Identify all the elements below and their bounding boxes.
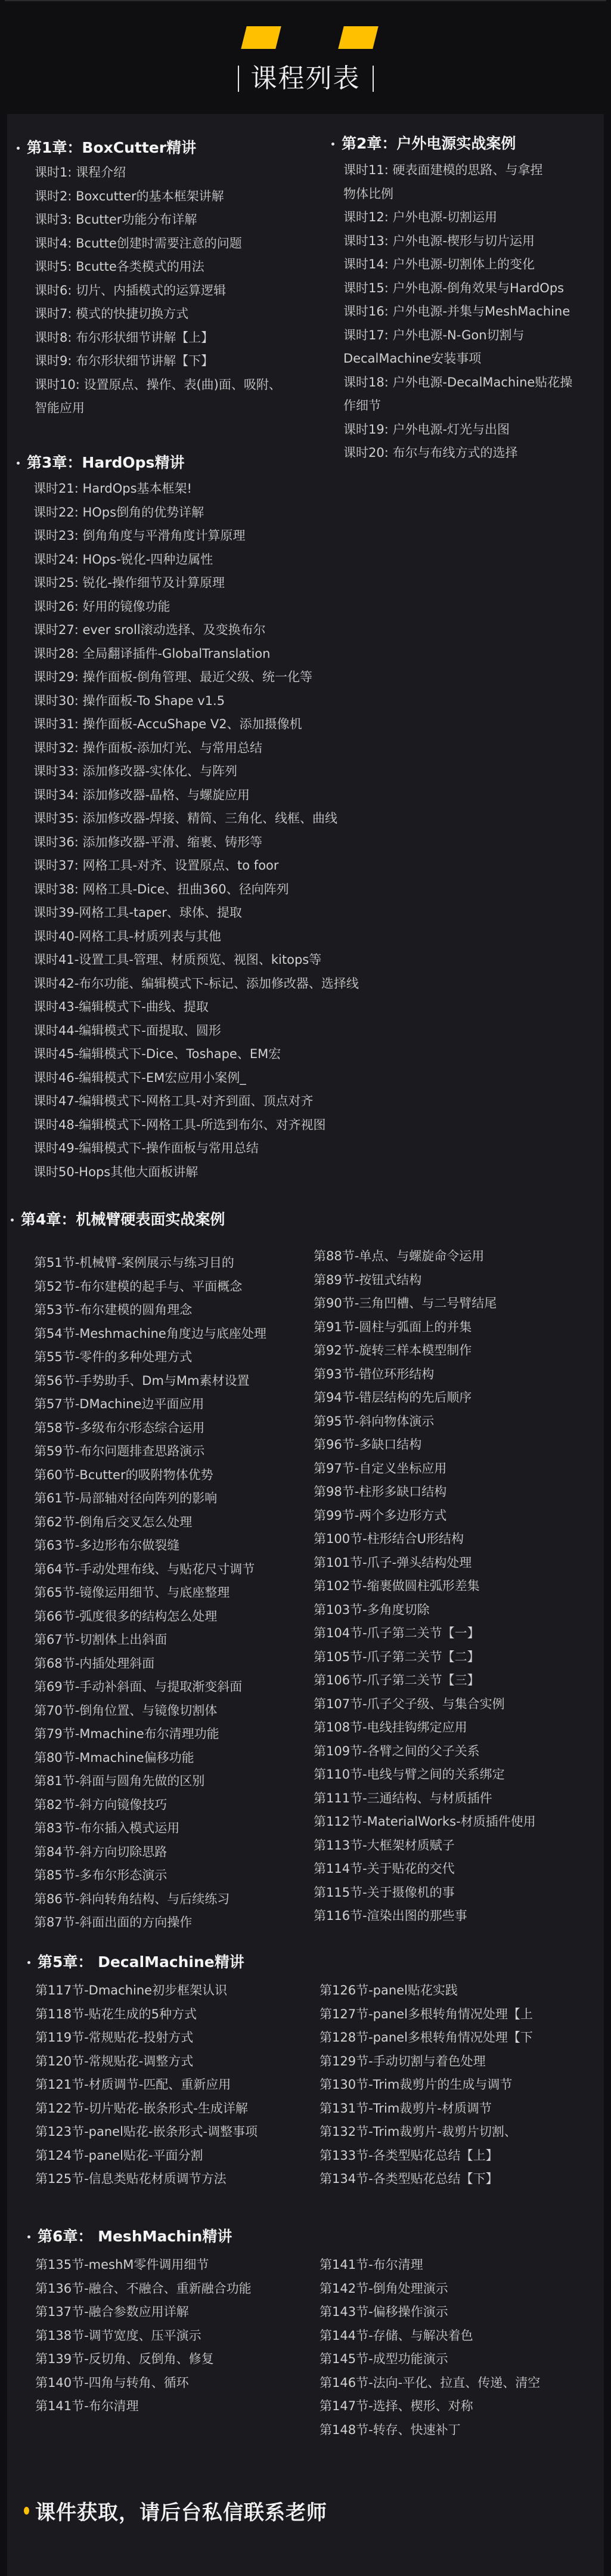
bullet-icon [11, 1219, 14, 1221]
lesson-item: 课时13: 户外电源-楔形与切片运用 [343, 230, 606, 253]
lesson-list-left: 第117节-Dmachine初步框架认识 第118节-贴花生成的5种方式 第11… [35, 1979, 309, 2191]
lesson-item: 第106节-爪子第二关节【三】 [314, 1669, 594, 1693]
lesson-item: 第97节-自定义坐标应用 [314, 1457, 594, 1481]
lesson-item: 课时3: Bcutter功能分布详解 [35, 208, 297, 232]
lesson-item: 课时46-编辑模式下-EM宏应用小案例_ [33, 1066, 589, 1090]
lesson-item: 第63节-多边形布尔做裂缝 [34, 1534, 308, 1558]
contact-note: 课件获取，请后台私信联系老师 [24, 2496, 327, 2525]
lesson-item: 第94节-错层结构的先后顺序 [314, 1386, 594, 1410]
lesson-item: 第96节-多缺口结构 [314, 1433, 594, 1457]
lesson-item: 第62节-倒角后交叉怎么处理 [34, 1511, 308, 1535]
lesson-item: 第54节-Meshmachine角度边与底座处理 [34, 1322, 308, 1346]
lesson-item: 第146节-法向-平化、拉直、传递、清空 [320, 2371, 600, 2395]
chapter-title-text: 第6章： MeshMachin精讲 [38, 2225, 232, 2249]
bullet-icon [24, 2507, 29, 2515]
lesson-item: 课时34: 添加修改器-晶格、与螺旋应用 [33, 784, 589, 808]
lesson-item: 第128节-panel多根转角情况处理【下 [320, 2026, 600, 2050]
lesson-item: 课时41-设置工具-管理、材质预览、视图、kitops等 [33, 948, 589, 972]
lesson-item: 第125节-信息类贴花材质调节方法 [35, 2167, 309, 2191]
lesson-item: 课时29: 操作面板-倒角管理、最近父级、统一化等 [33, 666, 589, 689]
lesson-item: 第92节-旋转三样本模型制作 [314, 1339, 594, 1363]
chapter-title: 第1章：BoxCutter精讲 [17, 136, 297, 160]
lesson-item: 课时36: 添加修改器-平滑、缩裹、铸形等 [33, 831, 589, 855]
lesson-item: 第145节-成型功能演示 [320, 2348, 600, 2371]
lesson-item: 第89节-按钮式结构 [314, 1269, 594, 1292]
lesson-item: 课时39-网格工具-taper、球体、提取 [33, 901, 589, 925]
lesson-item: 第110节-电线与臂之间的关系绑定 [314, 1763, 594, 1787]
lesson-item: 第85节-多布尔形态演示 [34, 1864, 308, 1888]
lesson-item: 课时33: 添加修改器-实体化、与阵列 [33, 760, 589, 784]
title-bar-left [238, 66, 239, 92]
lesson-item: 第148节-转存、快速补丁 [320, 2419, 600, 2442]
lesson-item: 课时48-编辑模式下-网格工具-所选到布尔、对齐视图 [33, 1114, 589, 1137]
lesson-item: 第101节-爪子-弹头结构处理 [314, 1551, 594, 1575]
chapter-4: 第4章：机械臂硬表面实战案例 [11, 1208, 595, 1232]
lesson-item: 课时14: 户外电源-切割体上的变化 [343, 253, 606, 277]
lesson-item: 第142节-倒角处理演示 [320, 2277, 600, 2301]
chapter-title: 第4章：机械臂硬表面实战案例 [11, 1208, 595, 1232]
lesson-item: 第135节-meshM零件调用细节 [35, 2253, 309, 2277]
lesson-item: 第70节-倒角位置、与镜像切割体 [34, 1699, 308, 1723]
lesson-item: 课时21: HardOps基本框架! [33, 477, 589, 501]
lesson-item: 课时2: Boxcutter的基本框架讲解 [35, 185, 297, 209]
lesson-list: 课时1: 课程介绍 课时2: Boxcutter的基本框架讲解 课时3: Bcu… [17, 161, 297, 420]
lesson-item: 课时47-编辑模式下-网格工具-对齐到面、顶点对齐 [33, 1090, 589, 1114]
lesson-item: 第114节-关于贴花的交代 [314, 1857, 594, 1881]
title-bar-right [373, 66, 374, 92]
lesson-item: 第144节-存储、与解决着色 [320, 2324, 600, 2348]
lesson-item: 第131节-Trim裁剪片-材质调节 [320, 2097, 600, 2121]
lesson-item: 第61节-局部轴对径向阵列的影响 [34, 1487, 308, 1511]
chapter-title-text: 第1章：BoxCutter精讲 [27, 136, 196, 160]
lesson-item: 课时8: 布尔形状细节讲解【上】 [35, 326, 297, 350]
chapter-title: 第5章： DecalMachine精讲 [27, 1950, 445, 1974]
chapter-title-text: 第2章：户外电源实战案例 [342, 132, 516, 156]
lesson-item: 第84节-斜方向切除思路 [34, 1841, 308, 1864]
bullet-icon [17, 147, 20, 150]
page-header: 课程列表 [0, 0, 611, 113]
lesson-item: 课时4: Bcutte创建时需要注意的问题 [35, 232, 297, 256]
page-title: 课程列表 [251, 63, 361, 94]
lesson-item: 第55节-零件的多种处理方式 [34, 1346, 308, 1369]
lesson-list-left: 第135节-meshM零件调用细节 第136节-融合、不融合、重新融合功能 第1… [35, 2253, 309, 2419]
lesson-item: 课时25: 锐化-操作细节及计算原理 [33, 571, 589, 595]
lesson-item: 第103节-多角度切除 [314, 1598, 594, 1622]
lesson-item: 第126节-panel贴花实践 [320, 1979, 600, 2003]
lesson-item: 第51节-机械臂-案例展示与练习目的 [34, 1251, 308, 1275]
chapter-5: 第5章： DecalMachine精讲 [27, 1950, 445, 1974]
lesson-item: 第147节-选择、楔形、对称 [320, 2395, 600, 2419]
lesson-item: 第138节-调节宽度、压平演示 [35, 2324, 309, 2348]
lesson-item: 第120节-常规贴花-调整方式 [35, 2050, 309, 2074]
lesson-item: 第58节-多级布尔形态综合运用 [34, 1417, 308, 1440]
lesson-item: 第52节-布尔建模的起手与、平面概念 [34, 1275, 308, 1299]
lesson-item: 课时40-网格工具-材质列表与其他 [33, 925, 589, 949]
lesson-item: 第57节-DMachine边平面应用 [34, 1393, 308, 1417]
lesson-item: 第107节-爪子父子级、与集合实例 [314, 1693, 594, 1717]
lesson-item: 第56节-手势助手、Dm与Mm素材设置 [34, 1369, 308, 1393]
lesson-item: 第133节-各类型贴花总结【上】 [320, 2144, 600, 2168]
lesson-item: 第87节-斜面出面的方向操作 [34, 1911, 308, 1935]
lesson-item: 第100节-柱形结合U形结构 [314, 1527, 594, 1551]
lesson-item: 课时18: 户外电源-DecalMachine贴花操作细节 [343, 371, 582, 418]
lesson-item: 第121节-材质调节-匹配、重新应用 [35, 2073, 309, 2097]
lesson-item: 第90节-三角凹槽、与二号臂结尾 [314, 1292, 594, 1316]
lesson-item: 课时7: 模式的快捷切换方式 [35, 302, 297, 326]
lesson-item: 第68节-内插处理斜面 [34, 1652, 308, 1676]
lesson-item: 第108节-电线挂钩绑定应用 [314, 1716, 594, 1740]
lesson-item: 第134节-各类型贴花总结【下】 [320, 2167, 600, 2191]
lesson-item: 第118节-贴花生成的5种方式 [35, 2003, 309, 2027]
chapter-3: 第3章：HardOps精讲 课时21: HardOps基本框架! 课时22: H… [17, 451, 589, 1184]
lesson-item: 第119节-常规贴花-投射方式 [35, 2026, 309, 2050]
lesson-item: 第122节-切片贴花-嵌条形式-生成详解 [35, 2097, 309, 2121]
lesson-item: 第66节-弧度很多的结构怎么处理 [34, 1605, 308, 1629]
lesson-item: 第99节-两个多边形方式 [314, 1504, 594, 1528]
lesson-list-right: 第141节-布尔清理 第142节-倒角处理演示 第143节-偏移操作演示 第14… [320, 2253, 600, 2442]
lesson-item: 第123节-panel贴花-嵌条形式-调整事项 [35, 2120, 309, 2144]
lesson-item: 第88节-单点、与螺旋命令运用 [314, 1245, 594, 1269]
lesson-item: 第69节-手动补斜面、与提取渐变斜面 [34, 1675, 308, 1699]
lesson-item: 课时24: HOps-锐化-四种边属性 [33, 548, 589, 572]
lesson-item: 第98节-柱形多缺口结构 [314, 1480, 594, 1504]
lesson-item: 课时19: 户外电源-灯光与出图 [343, 418, 606, 442]
lesson-item: 第141节-布尔清理 [35, 2395, 309, 2419]
chapter-title-text: 第5章： DecalMachine精讲 [38, 1950, 244, 1974]
chapter-1: 第1章：BoxCutter精讲 课时1: 课程介绍 课时2: Boxcutter… [17, 136, 297, 420]
lesson-item: 第91节-圆柱与弧面上的并集 [314, 1316, 594, 1340]
lesson-item: 课时5: Bcutte各类模式的用法 [35, 255, 297, 279]
lesson-item: 第130节-Trim裁剪片的生成与调节 [320, 2073, 600, 2097]
lesson-item: 第117节-Dmachine初步框架认识 [35, 1979, 309, 2003]
lesson-list-left: 第51节-机械臂-案例展示与练习目的 第52节-布尔建模的起手与、平面概念 第5… [34, 1251, 308, 1935]
lesson-item: 第141节-布尔清理 [320, 2253, 600, 2277]
lesson-item: 第93节-错位环形结构 [314, 1363, 594, 1387]
lesson-item: 课时37: 网格工具-对齐、设置原点、to foor [33, 854, 589, 878]
chapter-title: 第6章： MeshMachin精讲 [27, 2225, 445, 2249]
lesson-item: 第95节-斜向物体演示 [314, 1410, 594, 1434]
lesson-item: 第124节-panel贴花-平面分割 [35, 2144, 309, 2168]
lesson-item: 第111节-三通结构、与材质插件 [314, 1787, 594, 1811]
decor-parallelogram-right [338, 26, 378, 49]
lesson-item: 第113节-大框架材质赋子 [314, 1834, 594, 1858]
lesson-item: 第143节-偏移操作演示 [320, 2300, 600, 2324]
chapter-2: 第2章：户外电源实战案例 课时11: 硬表面建模的思路、与拿捏物体比例 课时12… [331, 132, 606, 465]
lesson-item: 课时23: 倒角角度与平滑角度计算原理 [33, 524, 589, 548]
decor-parallelogram-left [241, 26, 281, 49]
lesson-item: 课时44-编辑模式下-面提取、圆形 [33, 1019, 589, 1043]
lesson-item: 第105节-爪子第二关节【二】 [314, 1646, 594, 1669]
lesson-item: 第132节-Trim裁剪片-裁剪片切割、 [320, 2120, 600, 2144]
lesson-item: 第80节-Mmachine偏移功能 [34, 1746, 308, 1770]
page-title-row: 课程列表 [0, 63, 611, 94]
lesson-item: 课时22: HOps倒角的优势详解 [33, 501, 589, 525]
lesson-item: 第64节-手动处理布线、与贴花尺寸调节 [34, 1558, 308, 1582]
lesson-item: 课时6: 切片、内插模式的运算逻辑 [35, 279, 297, 303]
lesson-item: 第60节-Bcutter的吸附物体优势 [34, 1464, 308, 1488]
lesson-list-right: 第88节-单点、与螺旋命令运用 第89节-按钮式结构 第90节-三角凹槽、与二号… [314, 1245, 594, 1928]
lesson-item: 课时16: 户外电源-并集与MeshMachine [343, 300, 606, 324]
lesson-item: 课时31: 操作面板-AccuShape V2、添加摄像机 [33, 713, 589, 737]
lesson-item: 课时35: 添加修改器-焊接、精简、三角化、线框、曲线 [33, 807, 589, 831]
lesson-item: 第104节-爪子第二关节【一】 [314, 1622, 594, 1646]
lesson-item: 课时32: 操作面板-添加灯光、与常用总结 [33, 737, 589, 760]
lesson-item: 第79节-Mmachine布尔清理功能 [34, 1723, 308, 1746]
lesson-item: 第102节-缩裹做圆柱弧形差集 [314, 1575, 594, 1598]
lesson-item: 课时26: 好用的镜像功能 [33, 595, 589, 619]
chapter-title-text: 第3章：HardOps精讲 [27, 451, 184, 475]
contact-note-text: 课件获取，请后台私信联系老师 [35, 2496, 327, 2525]
lesson-item: 课时10: 设置原点、操作、表(曲)面、吸附、智能应用 [35, 373, 285, 420]
lesson-item: 第139节-反切角、反倒角、修复 [35, 2348, 309, 2371]
lesson-item: 课时38: 网格工具-Dice、扭曲360、径向阵列 [33, 878, 589, 902]
bullet-icon [17, 462, 20, 465]
lesson-item: 第67节-切割体上出斜面 [34, 1628, 308, 1652]
lesson-item: 课时43-编辑模式下-曲线、提取 [33, 995, 589, 1019]
lesson-item: 课时1: 课程介绍 [35, 161, 297, 185]
chapter-title: 第3章：HardOps精讲 [17, 451, 589, 475]
lesson-item: 课时12: 户外电源-切割运用 [343, 206, 606, 230]
lesson-item: 课时49-编辑模式下-操作面板与常用总结 [33, 1137, 589, 1161]
lesson-item: 课时17: 户外电源-N-Gon切割与DecalMachine安装事项 [343, 324, 549, 371]
lesson-item: 课时15: 户外电源-倒角效果与HardOps [343, 277, 606, 301]
lesson-item: 第115节-关于摄像机的事 [314, 1881, 594, 1905]
lesson-item: 课时50-Hops其他大面板讲解 [33, 1161, 589, 1185]
lesson-item: 第140节-四角与转角、循环 [35, 2371, 309, 2395]
bullet-icon [27, 1961, 30, 1964]
lesson-item: 第127节-panel多根转角情况处理【上 [320, 2003, 600, 2027]
lesson-item: 第59节-布尔问题排查思路演示 [34, 1440, 308, 1464]
lesson-item: 课时42-布尔功能、编辑模式下-标记、添加修改器、选择线 [33, 972, 589, 996]
lesson-item: 第109节-各臂之间的父子关系 [314, 1740, 594, 1764]
bullet-icon [331, 143, 334, 146]
lesson-item: 第136节-融合、不融合、重新融合功能 [35, 2277, 309, 2301]
lesson-item: 课时27: ever sroll滚动选择、及变换布尔 [33, 619, 589, 642]
lesson-item: 第53节-布尔建模的圆角理念 [34, 1298, 308, 1322]
lesson-item: 第82节-斜方向镜像技巧 [34, 1793, 308, 1817]
lesson-item: 课时30: 操作面板-To Shape v1.5 [33, 689, 589, 713]
lesson-item: 第129节-手动切割与着色处理 [320, 2050, 600, 2074]
lesson-item: 课时28: 全局翻译插件-GlobalTranslation [33, 642, 589, 666]
chapter-6: 第6章： MeshMachin精讲 [27, 2225, 445, 2249]
lesson-list: 课时11: 硬表面建模的思路、与拿捏物体比例 课时12: 户外电源-切割运用 课… [331, 159, 606, 465]
lesson-item: 第83节-布尔插入模式运用 [34, 1817, 308, 1841]
lesson-item: 第81节-斜面与圆角先做的区别 [34, 1770, 308, 1793]
chapter-title: 第2章：户外电源实战案例 [331, 132, 606, 156]
lesson-list-right: 第126节-panel贴花实践 第127节-panel多根转角情况处理【上 第1… [320, 1979, 600, 2191]
lesson-item: 课时45-编辑模式下-Dice、Toshape、EM宏 [33, 1043, 589, 1066]
lesson-item: 课时11: 硬表面建模的思路、与拿捏物体比例 [343, 159, 549, 206]
lesson-item: 第137节-融合参数应用详解 [35, 2300, 309, 2324]
lesson-item: 第65节-镜像运用细节、与底座整理 [34, 1581, 308, 1605]
lesson-item: 第112节-MaterialWorks-材质插件使用 [314, 1810, 594, 1834]
lesson-item: 第86节-斜向转角结构、与后续练习 [34, 1888, 308, 1912]
chapter-title-text: 第4章：机械臂硬表面实战案例 [21, 1208, 225, 1232]
lesson-item: 第116节-渲染出图的那些事 [314, 1904, 594, 1928]
lesson-list: 课时21: HardOps基本框架! 课时22: HOps倒角的优势详解 课时2… [17, 477, 589, 1184]
bullet-icon [27, 2235, 30, 2238]
lesson-item: 课时9: 布尔形状细节讲解【下】 [35, 350, 297, 373]
